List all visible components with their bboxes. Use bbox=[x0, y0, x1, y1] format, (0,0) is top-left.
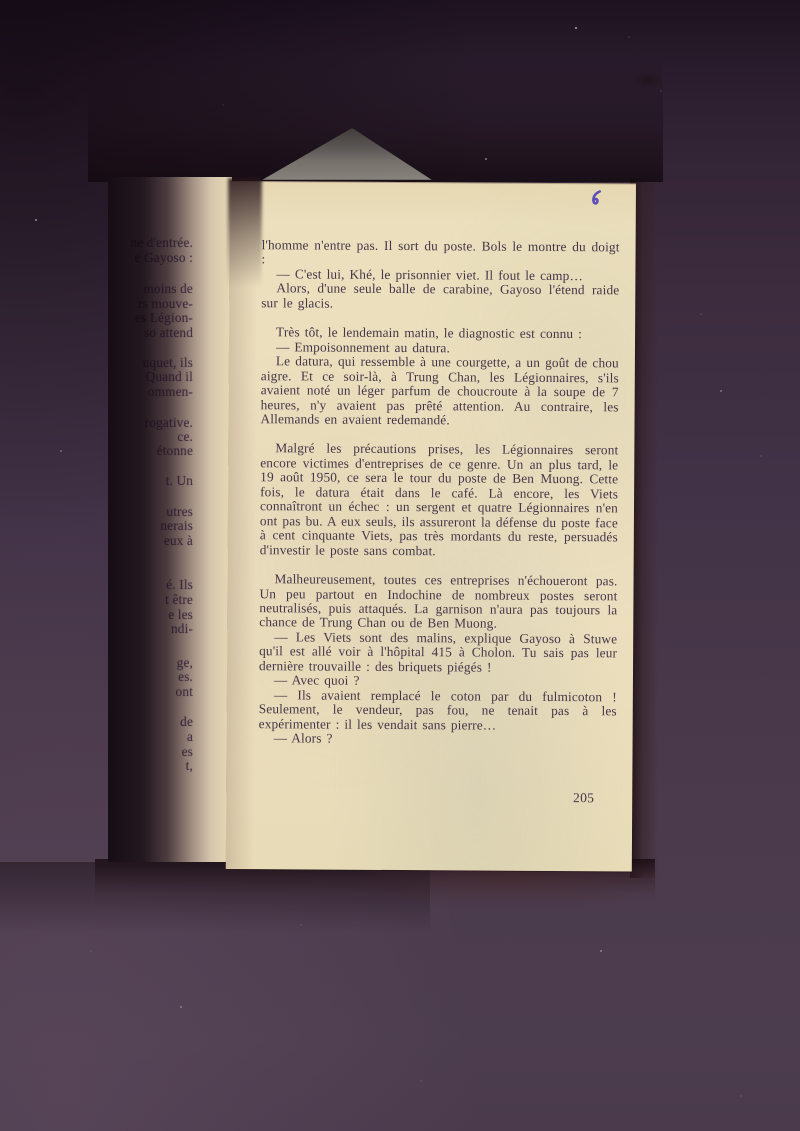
paragraph: Malgré les précautions prises, les Légio… bbox=[260, 442, 619, 560]
right-page: l'homme n'entre pas. Il sort du poste. B… bbox=[226, 181, 636, 871]
gutter-shadow bbox=[227, 178, 262, 288]
paragraph: — Ils avaient remplacé le coton par du f… bbox=[259, 688, 617, 734]
left-page-shadow bbox=[108, 177, 232, 862]
left-page: ne d'entrée.e Gayoso :moins ders mouve-e… bbox=[108, 177, 232, 862]
scanner-background: ne d'entrée.e Gayoso :moins ders mouve-e… bbox=[0, 0, 800, 1131]
paragraph: — Alors ? bbox=[259, 731, 617, 748]
paragraph: Le datura, qui ressemble à une courgette… bbox=[261, 354, 619, 428]
page-text: l'homme n'entre pas. Il sort du poste. B… bbox=[259, 238, 620, 748]
paragraph: l'homme n'entre pas. Il sort du poste. B… bbox=[261, 238, 619, 269]
ink-mark-icon bbox=[587, 188, 604, 208]
page-number: 205 bbox=[573, 790, 594, 806]
paragraph: Alors, d'une seule balle de carabine, Ga… bbox=[261, 282, 619, 313]
paragraph: Malheureusement, toutes ces entreprises … bbox=[259, 572, 617, 632]
book-bottom-smudge bbox=[360, 868, 660, 910]
paragraph: — Les Viets sont des malins, explique Ga… bbox=[259, 630, 617, 676]
